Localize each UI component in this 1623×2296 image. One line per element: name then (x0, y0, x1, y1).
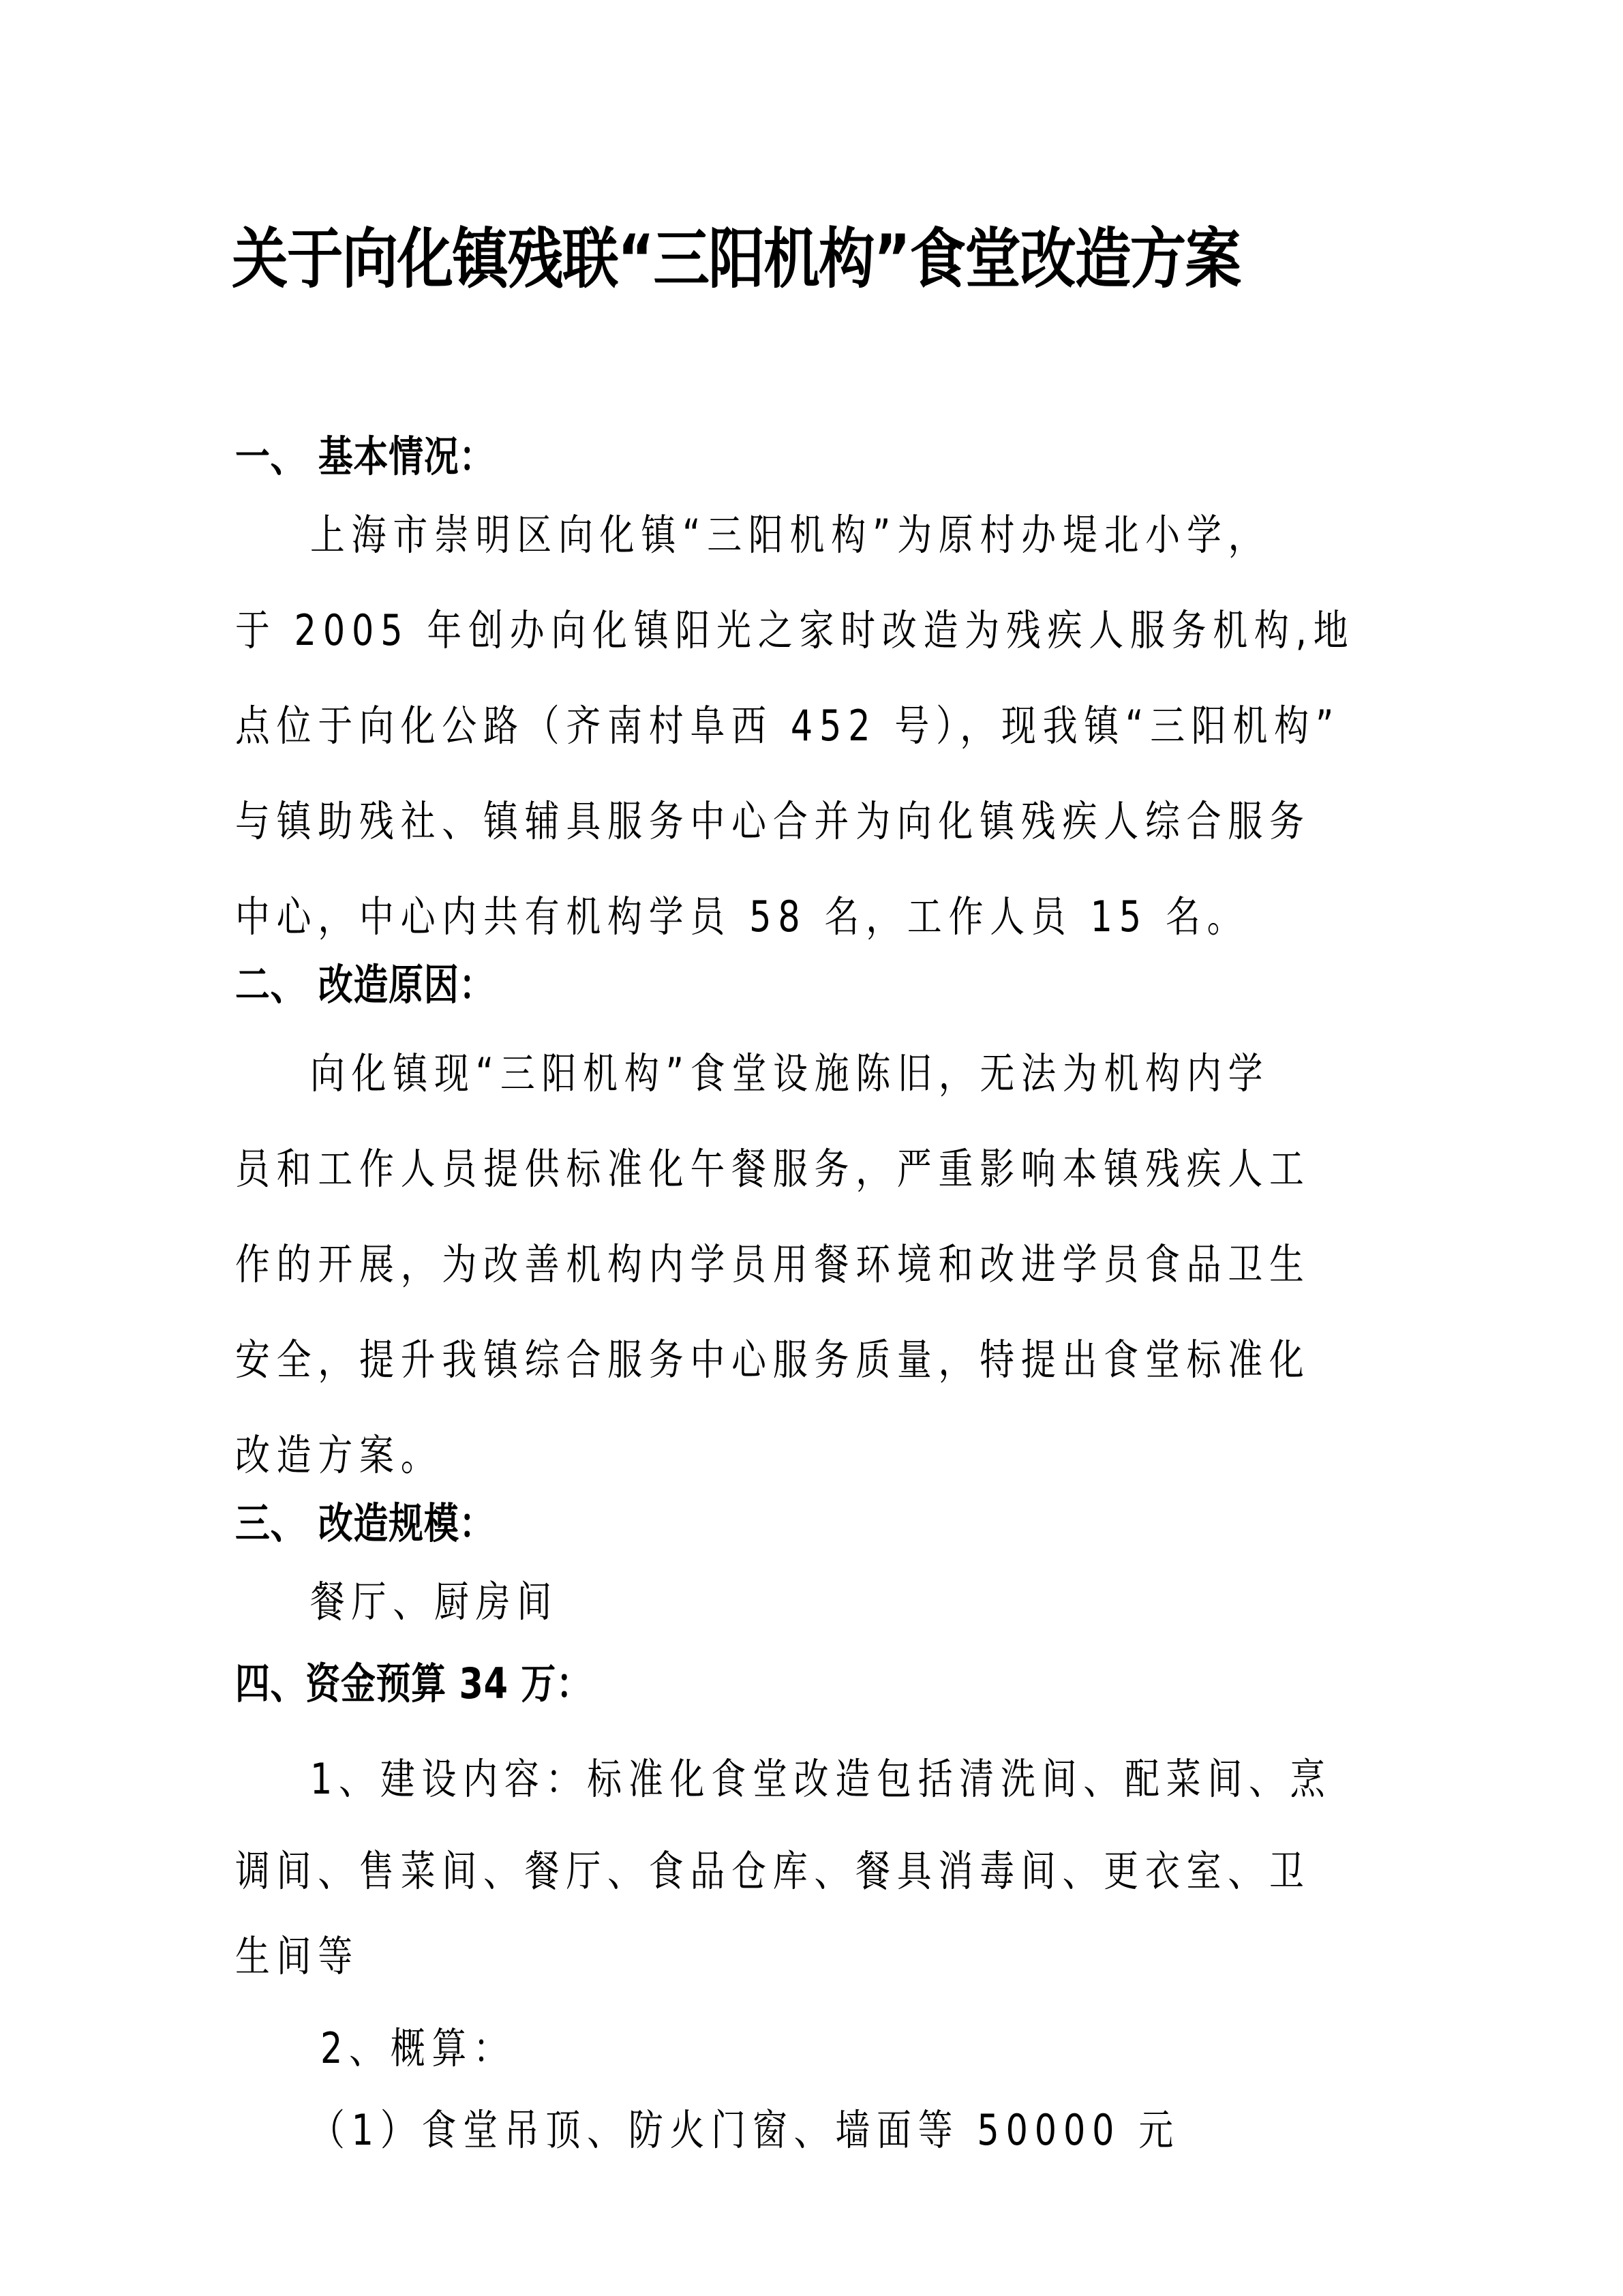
section-heading-budget: 四、资金预算 34 万： (235, 1653, 1174, 1715)
document-page: 关于向化镇残联“三阳机构”食堂改造方案 一、 基本情况： 上海市崇明区向化镇“三… (0, 0, 1623, 2296)
paragraph-line: 调间、售菜间、餐厅、食品仓库、餐具消毒间、更衣室、卫 (235, 1841, 1174, 1902)
paragraph-line: 1、建设内容：标准化食堂改造包括清洗间、配菜间、烹 (310, 1749, 1249, 1810)
paragraph-line: 与镇助残社、镇辅具服务中心合并为向化镇残疾人综合服务 (235, 791, 1174, 852)
paragraph-line: 生间等 (235, 1926, 1174, 1987)
section-heading-reason: 二、 改造原因： (235, 954, 1174, 1016)
paragraph-line: 安全，提升我镇综合服务中心服务质量，特提出食堂标准化 (235, 1329, 1174, 1391)
section-heading-basic-info: 一、 基本情况： (235, 426, 1174, 487)
section-heading-scale: 三、 改造规模： (235, 1493, 1174, 1554)
paragraph-line: 员和工作人员提供标准化午餐服务，严重影响本镇残疾人工 (235, 1138, 1174, 1200)
paragraph-line: 2、概算： (320, 2018, 1260, 2079)
document-title: 关于向化镇残联“三阳机构”食堂改造方案 (232, 215, 1228, 303)
paragraph-line: 中心，中心内共有机构学员 58 名，工作人员 15 名。 (235, 886, 1174, 948)
paragraph-line: （1）食堂吊顶、防火门窗、墙面等 50000 元 (310, 2100, 1249, 2161)
paragraph-line: 作的开展，为改善机构内学员用餐环境和改进学员食品卫生 (235, 1234, 1174, 1295)
paragraph-line: 于 2005 年创办向化镇阳光之家时改造为残疾人服务机构,地 (235, 600, 1174, 661)
paragraph-line: 餐厅、厨房间 (310, 1571, 1249, 1633)
paragraph-line: 向化镇现“三阳机构”食堂设施陈旧，无法为机构内学 (310, 1043, 1249, 1104)
paragraph-line: 改造方案。 (235, 1425, 1174, 1486)
paragraph-line: 点位于向化公路（齐南村阜西 452 号），现我镇“三阳机构” (235, 695, 1174, 757)
paragraph-line: 上海市崇明区向化镇“三阳机构”为原村办堤北小学， (310, 504, 1249, 566)
